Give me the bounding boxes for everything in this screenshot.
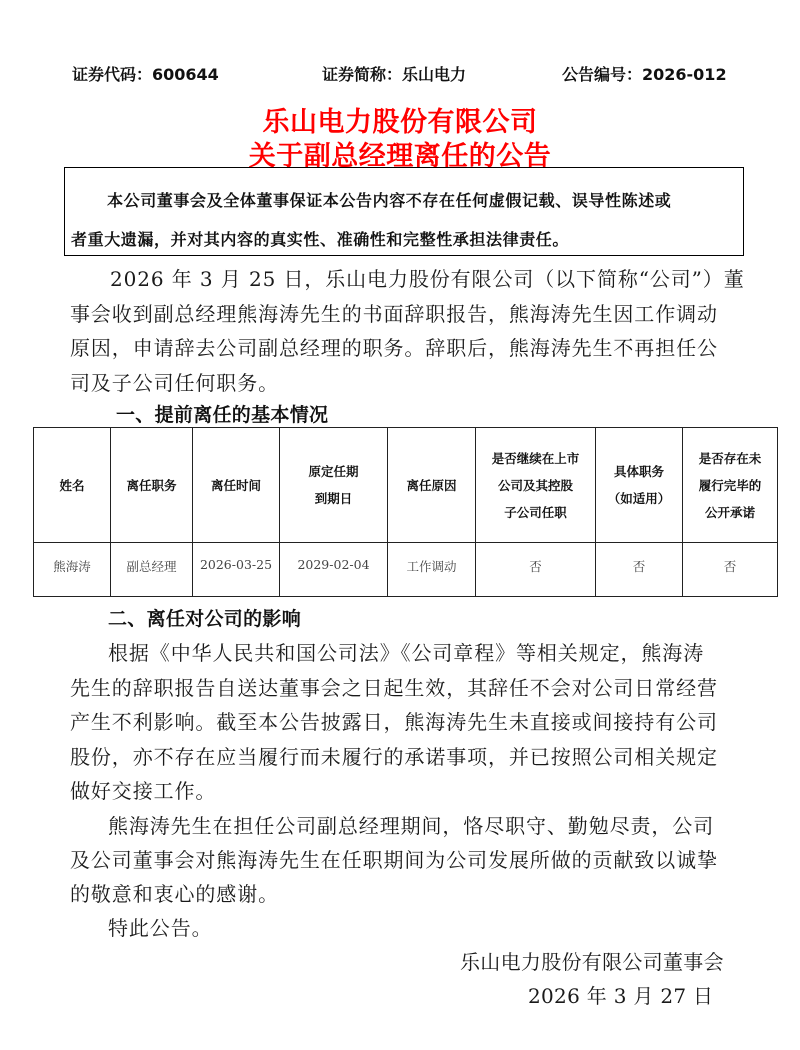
col-header-text: 具体职务: [596, 458, 682, 485]
impact-line-1: 根据《中华人民共和国公司法》《公司章程》等相关规定，熊海涛: [108, 637, 704, 666]
cell-unfulfilled-commitments: 否: [683, 543, 778, 597]
col-header-text: 离任职务: [111, 472, 192, 499]
signature-date: 2026 年 3 月 27 日: [528, 980, 713, 1009]
cell-reason: 工作调动: [388, 543, 476, 597]
col-header-text: 是否继续在上市: [476, 445, 595, 472]
impact-line-5: 做好交接工作。: [70, 775, 216, 804]
stock-code: 证券代码：600644: [72, 62, 219, 85]
col-header-text: 姓名: [34, 472, 110, 499]
col-header-unfulfilled-commitments: 是否存在未 履行完毕的 公开承诺: [683, 428, 778, 543]
announcement-number: 公告编号：2026-012: [562, 62, 727, 85]
signature-organization: 乐山电力股份有限公司董事会: [460, 946, 724, 975]
col-header-text: （如适用）: [596, 485, 682, 512]
cell-continue-role: 否: [476, 543, 596, 597]
intro-line-4: 司及子公司任何职务。: [70, 367, 279, 396]
col-header-term-end: 原定任期 到期日: [280, 428, 388, 543]
intro-line-3: 原因，申请辞去公司副总经理的职务。辞职后，熊海涛先生不再担任公: [70, 332, 718, 361]
col-header-text: 履行完毕的: [683, 472, 777, 499]
cell-specific-role: 否: [596, 543, 683, 597]
col-header-name: 姓名: [34, 428, 111, 543]
stock-abbreviation: 证券简称：乐山电力: [322, 62, 466, 85]
thanks-line-1: 熊海涛先生在担任公司副总经理期间，恪尽职守、勤勉尽责，公司: [108, 810, 714, 839]
intro-line-2: 事会收到副总经理熊海涛先生的书面辞职报告，熊海涛先生因工作调动: [70, 298, 718, 327]
col-header-text: 子公司任职: [476, 499, 595, 526]
cell-position: 副总经理: [111, 543, 193, 597]
col-header-text: 到期日: [280, 485, 387, 512]
col-header-text: 公开承诺: [683, 499, 777, 526]
cell-departure-date: 2026-03-25: [193, 543, 280, 597]
col-header-text: 离任时间: [193, 472, 279, 499]
col-header-position: 离任职务: [111, 428, 193, 543]
thanks-line-2: 及公司董事会对熊海涛先生在任职期间为公司发展所做的贡献致以诚挚: [70, 844, 718, 873]
impact-line-3: 产生不利影响。截至本公告披露日，熊海涛先生未直接或间接持有公司: [70, 706, 718, 735]
col-header-text: 公司及其控股: [476, 472, 595, 499]
notice-line-1: 本公司董事会及全体董事保证本公告内容不存在任何虚假记载、误导性陈述或: [107, 188, 671, 211]
departure-info-table: 姓名 离任职务 离任时间 原定任期 到期日 离任原因 是否继续在上市 公司及其控…: [33, 427, 778, 597]
col-header-continue-role: 是否继续在上市 公司及其控股 子公司任职: [476, 428, 596, 543]
thanks-line-3: 的敬意和衷心的感谢。: [70, 878, 279, 907]
intro-line-1: 2026 年 3 月 25 日，乐山电力股份有限公司（以下简称“公司”）董: [110, 263, 745, 292]
section-2-heading: 二、离任对公司的影响: [108, 604, 301, 631]
cell-name: 熊海涛: [34, 543, 111, 597]
impact-line-4: 股份，亦不存在应当履行而未履行的承诺事项，并已按照公司相关规定: [70, 741, 718, 770]
notice-line-2: 者重大遗漏，并对其内容的真实性、准确性和完整性承担法律责任。: [71, 227, 569, 250]
impact-line-2: 先生的辞职报告自送达董事会之日起生效，其辞任不会对公司日常经营: [70, 672, 718, 701]
section-1-heading: 一、提前离任的基本情况: [116, 400, 328, 427]
col-header-reason: 离任原因: [388, 428, 476, 543]
board-guarantee-notice-box: 本公司董事会及全体董事保证本公告内容不存在任何虚假记载、误导性陈述或 者重大遗漏…: [64, 167, 744, 256]
cell-term-end: 2029-02-04: [280, 543, 388, 597]
col-header-text: 是否存在未: [683, 445, 777, 472]
col-header-specific-role: 具体职务 （如适用）: [596, 428, 683, 543]
col-header-text: 原定任期: [280, 458, 387, 485]
table-header-row: 姓名 离任职务 离任时间 原定任期 到期日 离任原因 是否继续在上市 公司及其控…: [34, 428, 778, 543]
col-header-departure-date: 离任时间: [193, 428, 280, 543]
closing-statement: 特此公告。: [108, 912, 213, 941]
col-header-text: 离任原因: [388, 472, 475, 499]
table-row: 熊海涛 副总经理 2026-03-25 2029-02-04 工作调动 否 否 …: [34, 543, 778, 597]
